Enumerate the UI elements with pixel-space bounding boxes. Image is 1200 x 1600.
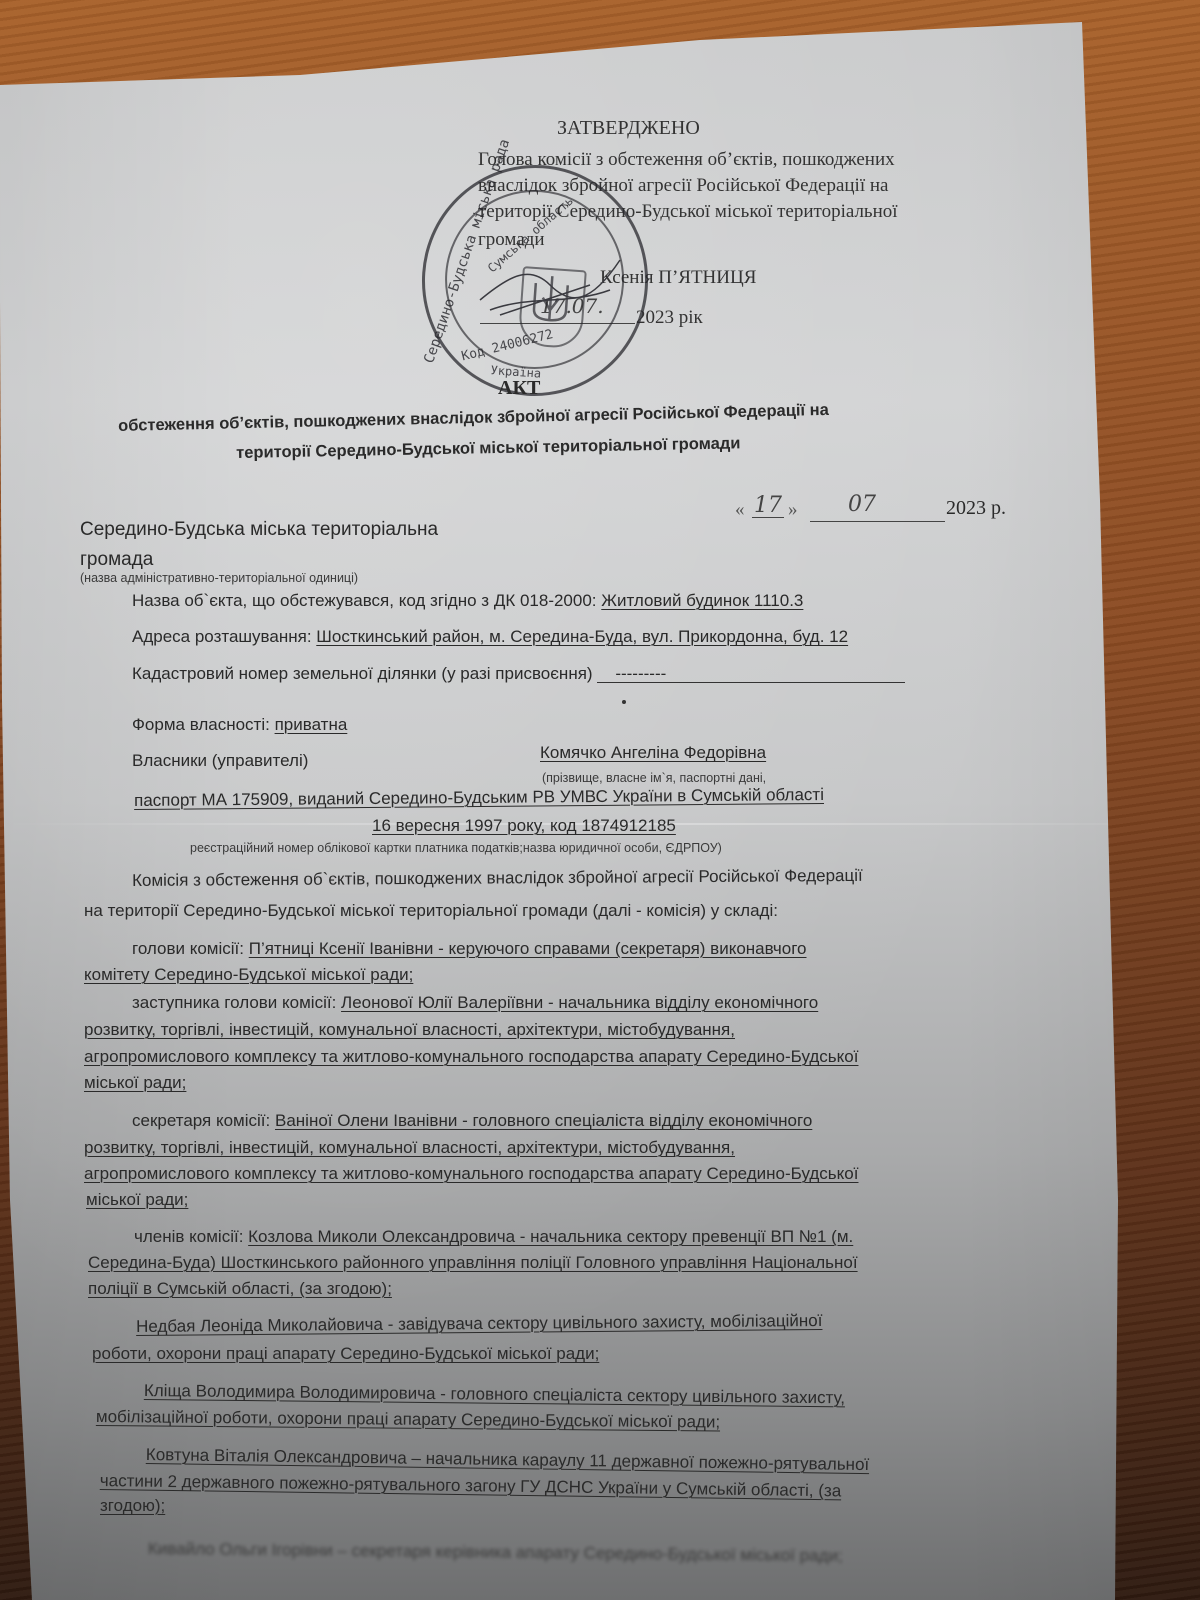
address-field: Адреса розташування: Шосткинський район,… [132, 628, 848, 645]
owner-name: Комячко Ангеліна Федорівна [540, 744, 766, 761]
date-open-quote: « [735, 500, 745, 519]
approval-heading: ЗАТВЕРДЖЕНО [557, 118, 700, 138]
owners-label: Власники (управителі) [132, 752, 308, 769]
secretary-line-2: розвитку, торгівлі, інвестицій, комуналь… [84, 1139, 735, 1156]
secretary-line-4: міської ради; [86, 1191, 188, 1208]
ownership-field: Форма власності: приватна [132, 716, 347, 733]
address-label: Адреса розташування: [132, 627, 312, 646]
passport-caption: реєстраційний номер облікової картки пла… [190, 842, 722, 855]
owner-caption: (прізвище, власне ім`я, паспортні дані, [542, 772, 766, 785]
deputy-line-3: агропромислового комплексу та житлово-ко… [84, 1048, 858, 1065]
members-role: членів комісії: [134, 1227, 243, 1246]
deputy-line-1: Леонової Юлії Валеріївни - начальника ві… [341, 993, 818, 1012]
community-name-line-1: Середино-Будська міська територіальна [80, 520, 438, 539]
secretary-role: секретаря комісії: [132, 1111, 270, 1130]
chair-role: голови комісії: [132, 939, 244, 958]
kozlov-line-2: Середина-Буда) Шосткинського районного у… [88, 1254, 858, 1271]
kozlov-line-3: поліції в Сумській області, (за згодою); [88, 1280, 392, 1297]
object-field: Назва об`єкта, що обстежувався, код згід… [132, 592, 803, 609]
deputy-line-2: розвитку, торгівлі, інвестицій, комуналь… [84, 1021, 735, 1038]
object-value: Житловий будинок 1110.3 [601, 591, 803, 610]
document-page: ЗАТВЕРДЖЕНО Голова комісії з обстеження … [0, 0, 1200, 1600]
deputy-line-4: міської ради; [84, 1074, 186, 1091]
handwritten-signature [470, 255, 630, 335]
address-value: Шосткинський район, м. Середина-Буда, ву… [316, 627, 848, 646]
commission-intro-line-2: на території Середино-Будської міської т… [84, 902, 778, 919]
ownership-value: приватна [275, 715, 348, 734]
act-title: АКТ [498, 378, 540, 398]
nedbai-line-2: роботи, охорони праці апарату Середино-Б… [92, 1345, 599, 1362]
approval-year: 2023 рік [636, 308, 703, 327]
date-month-line [810, 520, 945, 522]
date-year: 2023 р. [946, 498, 1006, 518]
date-day: 17 [752, 495, 784, 518]
secretary-line-3: агропромислового комплексу та житлово-ко… [84, 1165, 858, 1182]
kovtun-line-3: згодою); [100, 1497, 165, 1514]
object-label: Назва об`єкта, що обстежувався, код згід… [132, 591, 597, 610]
commission-deputy: заступника голови комісії: Леонової Юлії… [132, 994, 818, 1011]
ownership-label: Форма власності: [132, 715, 270, 734]
cadastral-value: --------- [597, 665, 905, 683]
ink-dot [622, 700, 626, 704]
passport-line-2: 16 вересня 1997 року, код 1874912185 [372, 817, 676, 834]
deputy-role: заступника голови комісії: [132, 993, 336, 1012]
cadastral-label: Кадастровий номер земельної ділянки (у р… [132, 664, 593, 683]
cadastral-field: Кадастровий номер земельної ділянки (у р… [132, 665, 905, 683]
commission-member-kozlov: членів комісії: Козлова Миколи Олександр… [134, 1228, 853, 1245]
date-close-quote: » [788, 500, 798, 519]
secretary-line-1: Ваніної Олени Іванівни - головного спеці… [275, 1111, 812, 1130]
chair-line-2: комітету Середино-Будської міської ради; [84, 966, 413, 983]
chair-line-1: П’ятниці Ксенії Іванівни - керуючого спр… [249, 939, 807, 958]
commission-secretary: секретаря комісії: Ваніної Олени Іванівн… [132, 1112, 812, 1129]
community-name-line-2: громада [80, 550, 153, 569]
community-caption: (назва адміністративно-територіальної од… [80, 572, 358, 585]
commission-chair: голови комісії: П’ятниці Ксенії Іванівни… [132, 940, 807, 957]
date-month: 07 [848, 494, 876, 516]
kozlov-line-1: Козлова Миколи Олександровича - начальни… [248, 1227, 853, 1246]
